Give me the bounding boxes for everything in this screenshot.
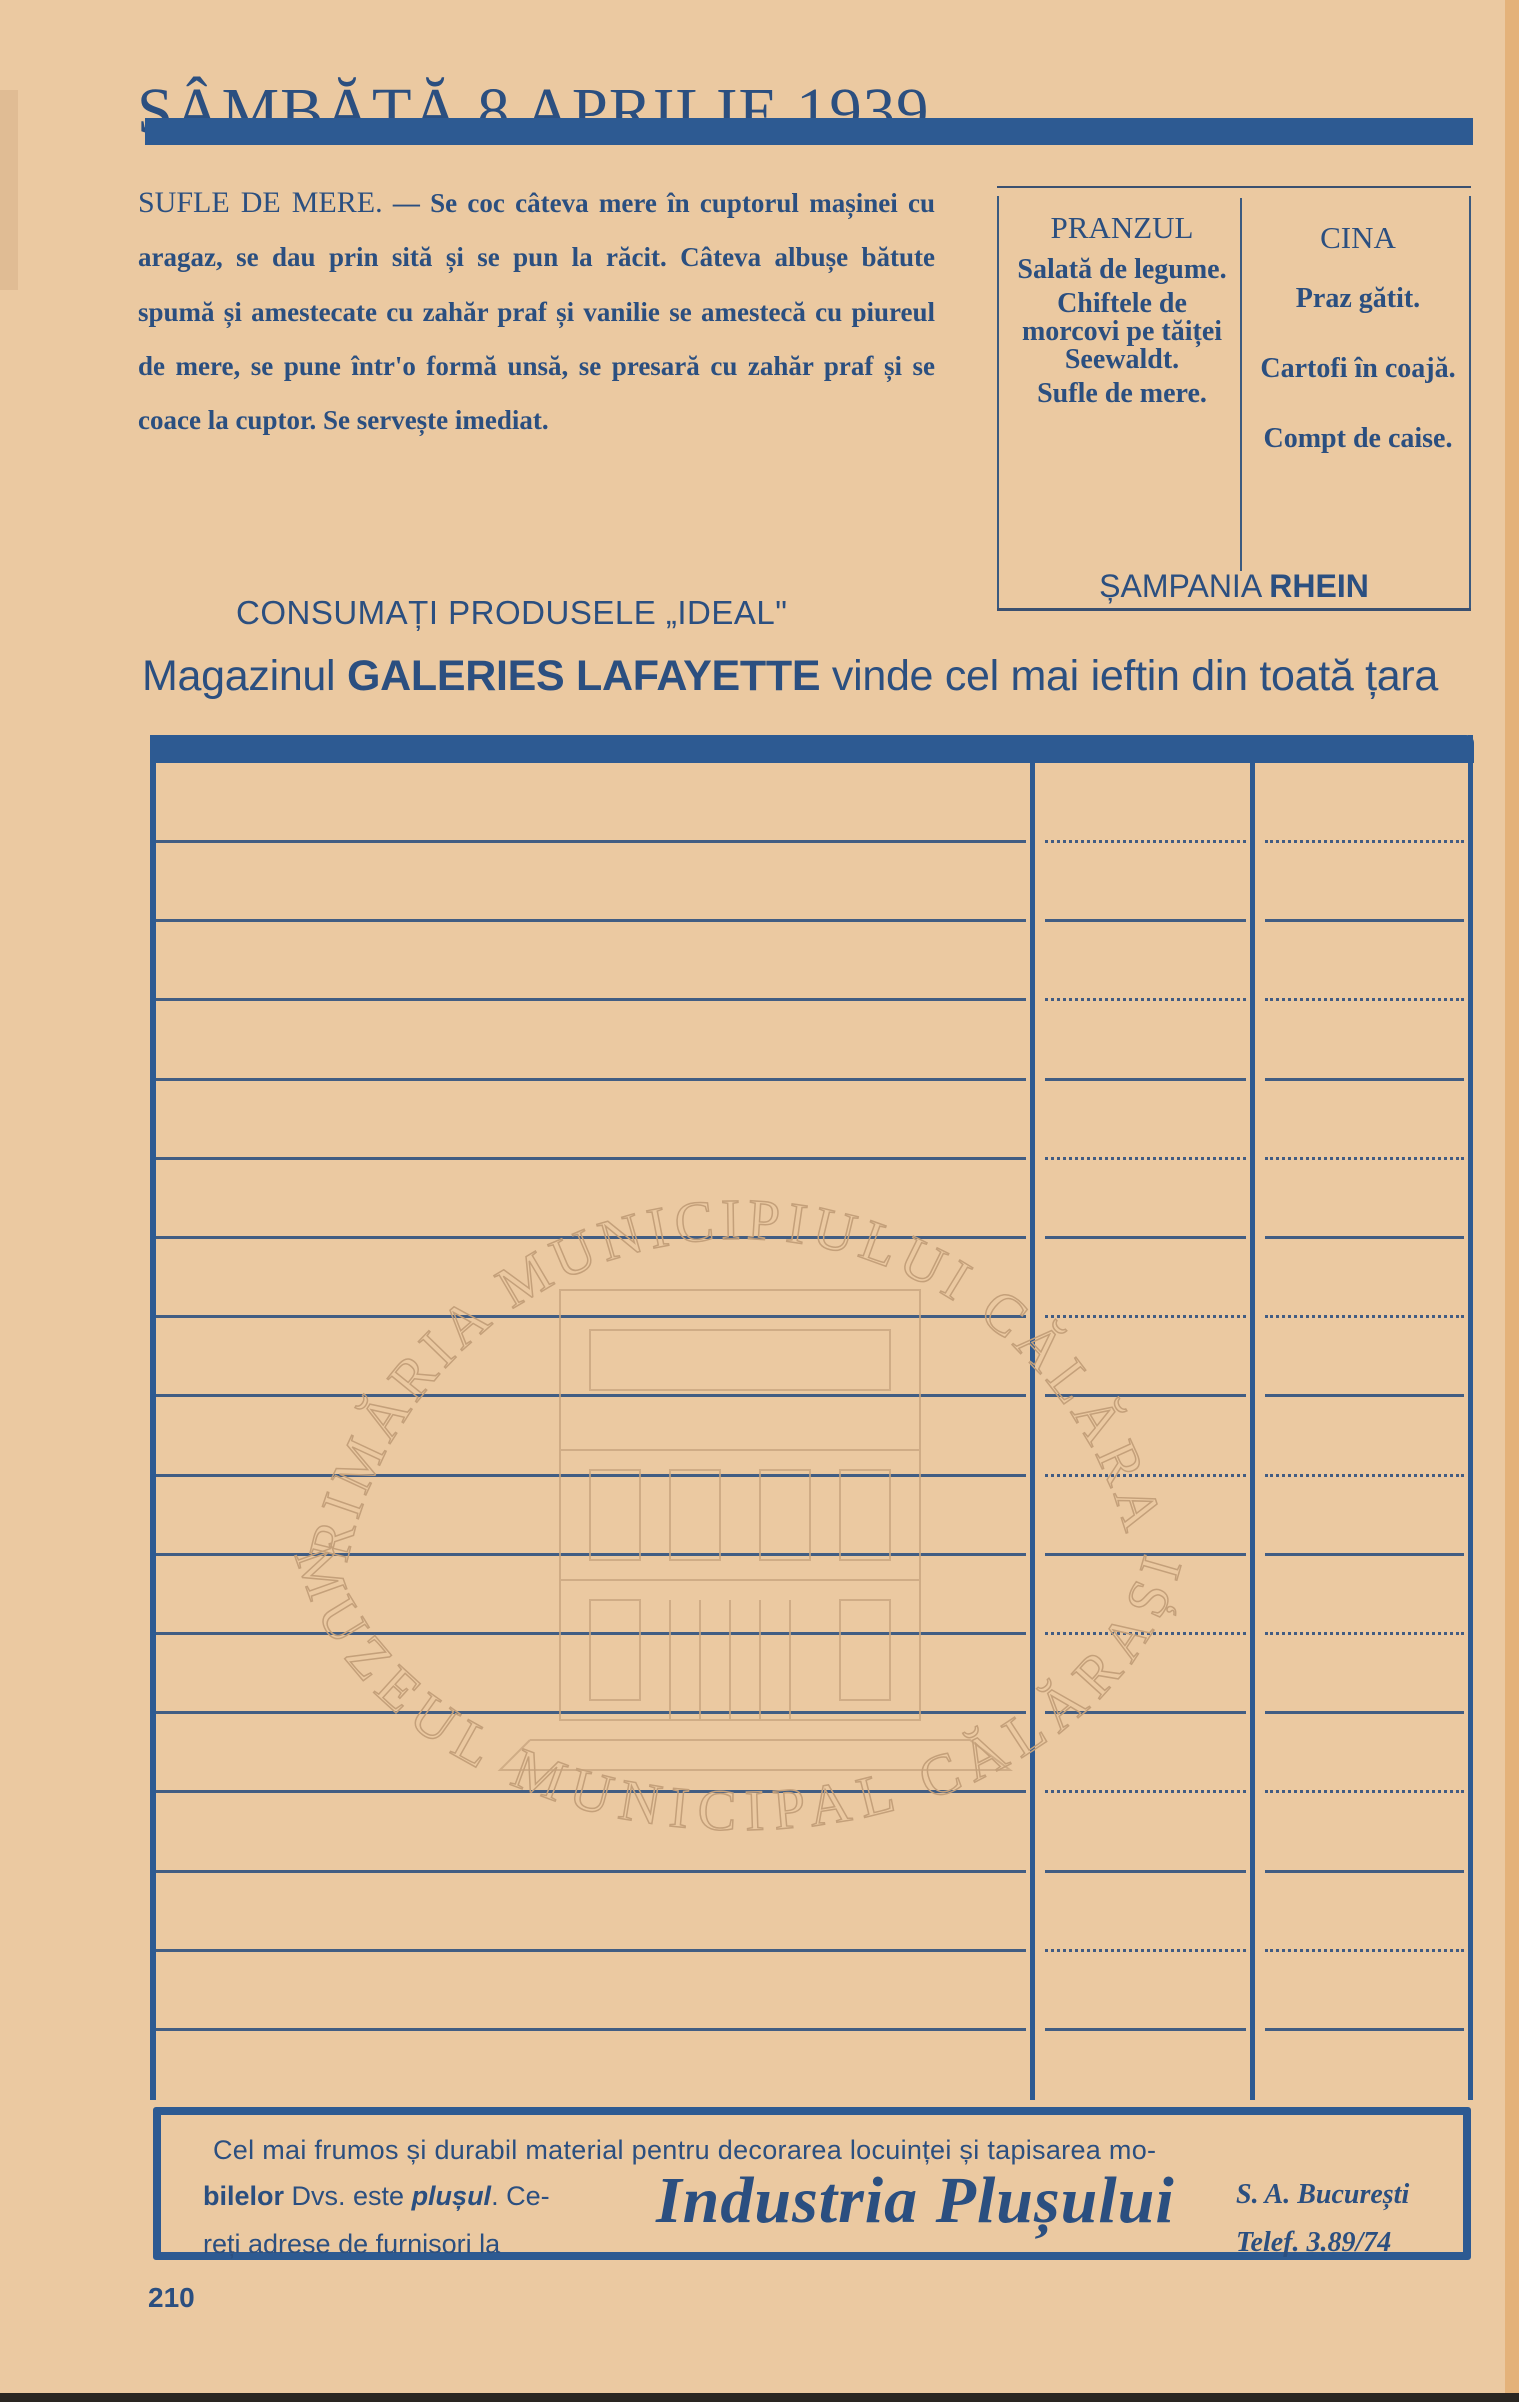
ledger-rule-line	[1045, 1315, 1246, 1318]
ledger-rule-line	[156, 1790, 1026, 1793]
champagne-label: ȘAMPANIA	[1099, 568, 1260, 604]
plush-phone: Telef. 3.89/74	[1236, 2227, 1391, 2259]
champagne-brand: RHEIN	[1269, 568, 1369, 604]
ledger-rule-line	[1265, 1078, 1464, 1081]
menu-dinner-column: CINA Praz gătit. Cartofi în coajă. Compt…	[1247, 216, 1469, 470]
ledger-table	[150, 735, 1474, 2100]
paper-stain	[0, 90, 18, 290]
recipe-title: SUFLE DE MERE.	[138, 186, 383, 219]
ledger-rule-line	[1265, 1315, 1464, 1318]
recipe-paragraph: SUFLE DE MERE. — Se coc câteva mere în c…	[138, 176, 935, 447]
ledger-rule-line	[1045, 1790, 1246, 1793]
ledger-rule-line	[1265, 1632, 1464, 1635]
ledger-rule-line	[1265, 1236, 1464, 1239]
ledger-rule-line	[1265, 1474, 1464, 1477]
ledger-rule-line	[1265, 840, 1464, 843]
ledger-rule-line	[156, 1474, 1026, 1477]
ledger-left-border	[150, 735, 156, 2100]
plush-brand-name: Industria Plușului	[656, 2163, 1175, 2239]
ledger-rule-line	[1045, 840, 1246, 843]
ledger-rule-line	[156, 1236, 1026, 1239]
ledger-column-divider	[1250, 735, 1255, 2100]
ledger-rule-line	[1045, 1711, 1246, 1714]
lafayette-advert: Magazinul GALERIES LAFAYETTE vinde cel m…	[142, 652, 1438, 701]
ledger-rule-line	[1045, 1949, 1246, 1952]
plush-ad-emphasis: plușul	[412, 2181, 492, 2211]
menu-bottom-rule	[997, 608, 1471, 611]
ledger-rule-line	[156, 998, 1026, 1001]
plush-ad-word: bilelor	[203, 2181, 284, 2211]
ledger-column-divider	[1030, 735, 1035, 2100]
dinner-item: Cartofi în coajă.	[1247, 338, 1469, 400]
page-number: 210	[148, 2282, 195, 2314]
ledger-right-border	[1468, 735, 1473, 2100]
ledger-rule-line	[1045, 1394, 1246, 1397]
ledger-rule-line	[156, 1315, 1026, 1318]
plush-advert-box: Cel mai frumos și durabil material pentr…	[153, 2107, 1471, 2260]
page-edge	[1505, 0, 1519, 2402]
title-rule	[145, 118, 1473, 145]
ledger-rule-line	[1045, 1078, 1246, 1081]
lunch-item: Sufle de mere.	[1012, 380, 1232, 408]
ledger-top-rule	[150, 735, 1474, 763]
ledger-rule-line	[1045, 919, 1246, 922]
ledger-rule-line	[1045, 1157, 1246, 1160]
ledger-rule-line	[156, 840, 1026, 843]
ledger-rule-line	[1265, 1711, 1464, 1714]
ledger-rule-line	[1265, 1553, 1464, 1556]
ledger-rule-line	[1265, 2028, 1464, 2031]
dinner-item: Praz gătit.	[1247, 268, 1469, 330]
ledger-rule-line	[1045, 1632, 1246, 1635]
ledger-rule-line	[1045, 998, 1246, 1001]
ledger-rule-line	[1265, 1949, 1464, 1952]
daily-menu-box: PRANZUL Salată de legume. Chiftele de mo…	[997, 186, 1471, 610]
lunch-item: Salată de legume.	[1012, 256, 1232, 284]
plush-company: S. A. București	[1236, 2179, 1409, 2211]
ledger-rule-line	[1265, 1157, 1464, 1160]
menu-footer-ad: ȘAMPANIA RHEIN	[997, 568, 1471, 605]
ledger-rule-line	[156, 1711, 1026, 1714]
ledger-rule-line	[156, 2028, 1026, 2031]
dinner-item: Compt de caise.	[1247, 408, 1469, 470]
lafayette-suffix: vinde cel mai ieftin din toată țara	[832, 652, 1438, 700]
lafayette-prefix: Magazinul	[142, 652, 335, 700]
ledger-rule-line	[1045, 1553, 1246, 1556]
lafayette-store: GALERIES LAFAYETTE	[347, 652, 820, 700]
menu-right-rule	[1469, 196, 1471, 608]
ledger-rule-line	[1045, 1474, 1246, 1477]
ledger-rule-line	[1045, 1870, 1246, 1873]
menu-top-rule	[997, 186, 1471, 188]
recipe-body: — Se coc câteva mere în cuptorul mașinei…	[138, 188, 935, 435]
plush-ad-word: . Ce-	[491, 2181, 550, 2211]
plush-ad-line-3: reți adrese de furnisori la	[203, 2229, 500, 2260]
lunch-item: Chiftele de morcovi pe tăiței Seewaldt.	[1012, 290, 1232, 374]
ledger-rule-line	[156, 1870, 1026, 1873]
menu-left-rule	[997, 196, 999, 608]
ledger-rule-line	[1265, 919, 1464, 922]
ledger-rule-line	[156, 1394, 1026, 1397]
plush-ad-line-1: Cel mai frumos și durabil material pentr…	[213, 2135, 1156, 2166]
ledger-rule-line	[156, 1157, 1026, 1160]
ledger-rule-line	[1265, 998, 1464, 1001]
ledger-rule-line	[156, 919, 1026, 922]
ledger-rule-line	[1265, 1394, 1464, 1397]
ledger-rule-line	[156, 1949, 1026, 1952]
ledger-rule-line	[1045, 1236, 1246, 1239]
menu-lunch-column: PRANZUL Salată de legume. Chiftele de mo…	[1012, 206, 1232, 414]
ledger-rule-line	[1045, 2028, 1246, 2031]
ledger-rule-line	[156, 1632, 1026, 1635]
plush-ad-line-2: bilelor Dvs. este plușul. Ce-	[203, 2181, 550, 2212]
scan-edge	[0, 2393, 1519, 2402]
plush-ad-word: Dvs. este	[284, 2181, 412, 2211]
ledger-rule-line	[156, 1553, 1026, 1556]
ideal-slogan: CONSUMAȚI PRODUSELE „IDEAL"	[236, 594, 787, 632]
dinner-heading: CINA	[1247, 216, 1469, 260]
lunch-heading: PRANZUL	[1012, 206, 1232, 250]
ledger-rule-line	[1265, 1790, 1464, 1793]
ledger-rule-line	[1265, 1870, 1464, 1873]
ledger-rule-line	[156, 1078, 1026, 1081]
menu-divider	[1240, 198, 1242, 571]
